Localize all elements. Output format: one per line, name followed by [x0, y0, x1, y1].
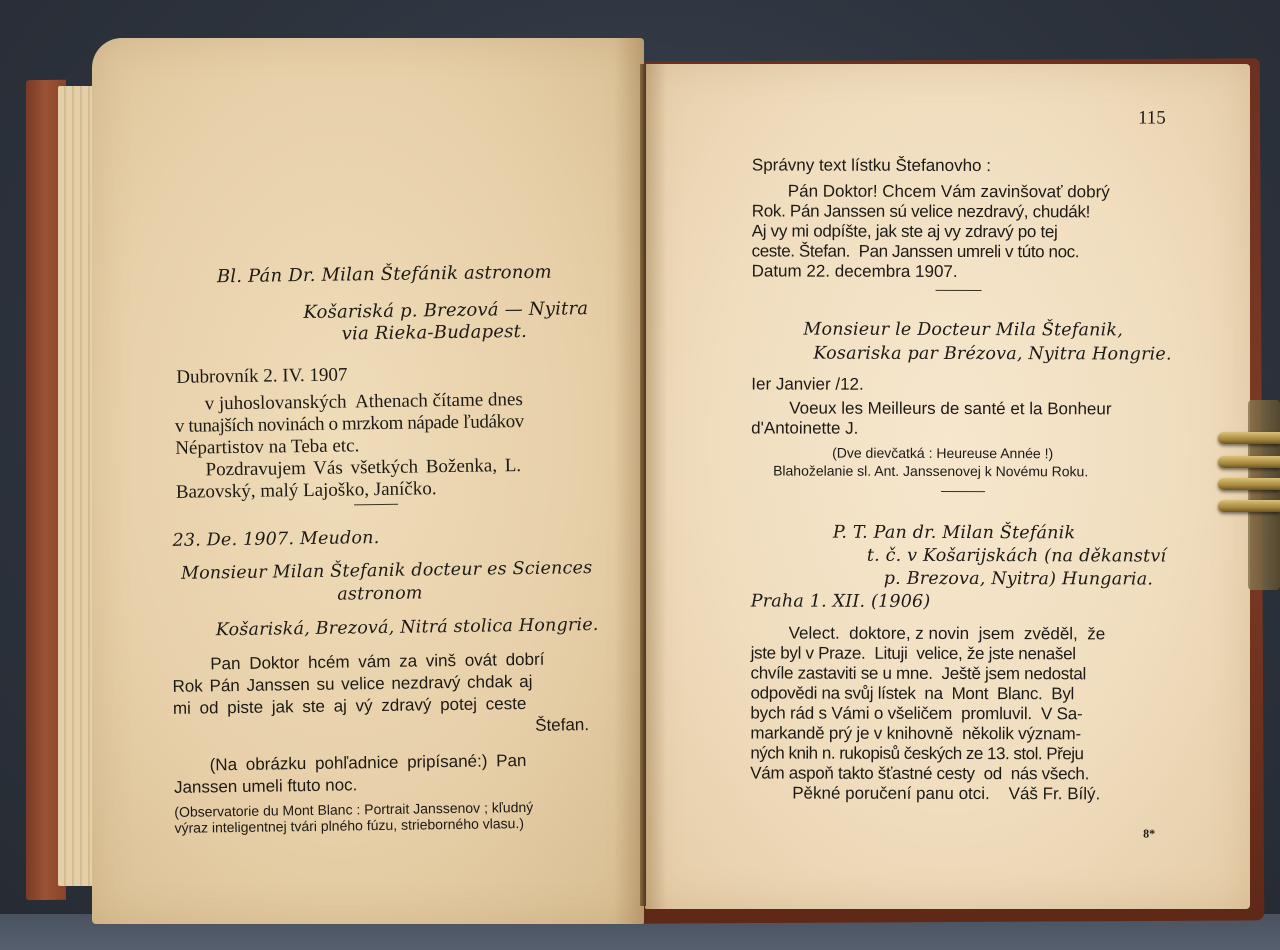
letter-line: jste byl v Praze. Lituji velice, že jste…: [751, 642, 1076, 664]
letter-line: Voeux les Meilleurs de santé et la Bonhe…: [789, 398, 1111, 420]
note-line: Blahoželanie sl. Ant. Janssenovej k Nové…: [773, 464, 1088, 479]
section-divider: [936, 290, 982, 291]
signature-mark: 8*: [1143, 826, 1155, 841]
note-line: (Dve dievčatká : Heureuse Année !): [832, 446, 1053, 461]
letter-line: d'Antoinette J.: [751, 417, 858, 438]
letter-recipient: Kosariska par Brézova, Nyitra Hongrie.: [813, 346, 1171, 364]
letter-line: odpovědi na svůj lístek na Mont Blanc. B…: [750, 682, 1074, 704]
letter-signature: Pěkné poručení panu otci. Váš Fr. Bílý.: [792, 783, 1100, 805]
right-page-text: 115 Správny text lístku Štefanovho : Pán…: [0, 0, 1280, 950]
letter-recipient: P. T. Pan dr. Milan Štefánik: [833, 525, 1075, 543]
letter-line: Rok. Pán Janssen sú velice nezdravý, chu…: [752, 200, 1090, 222]
letter-recipient: p. Brezova, Nyitra) Hungaria.: [884, 571, 1153, 589]
letter-line: markandě prý je v knihovně několik význa…: [750, 722, 1081, 744]
dateline: Ier Janvier /12.: [751, 373, 864, 394]
letter-line: bych rád s Vámi o všeličem promluvil. V …: [750, 702, 1082, 724]
page-number: 115: [1138, 107, 1166, 129]
letter-line: chvíle zastaviti se u mne. Ještě jsem ne…: [751, 662, 1087, 684]
letter-recipient: t. č. v Košarijskách (na děkanství: [867, 548, 1166, 566]
letter-line: Pán Doktor! Chcem Vám zavinšovať dobrý: [788, 181, 1110, 203]
letter-recipient: Monsieur le Docteur Mila Štefanik,: [803, 322, 1123, 340]
letter-line: ceste. Štefan. Pan Janssen umreli v túto…: [752, 240, 1080, 262]
letter-line: Vám aspoň takto šťastné cesty od nás vše…: [750, 762, 1089, 784]
letter-line: Aj vy mi odpíšte, jak ste aj vy zdravý p…: [752, 220, 1058, 242]
letter-line: Velect. doktore, z novin jsem zvěděl, že: [789, 623, 1106, 645]
letter-line: Datum 22. decembra 1907.: [752, 260, 958, 282]
section-divider: [941, 491, 985, 492]
letter-line: ných knih n. rukopisů českých ze 13. sto…: [750, 742, 1083, 764]
section-heading: Správny text lístku Štefanovho :: [752, 154, 991, 176]
dateline: Praha 1. XII. (1906): [751, 593, 931, 611]
